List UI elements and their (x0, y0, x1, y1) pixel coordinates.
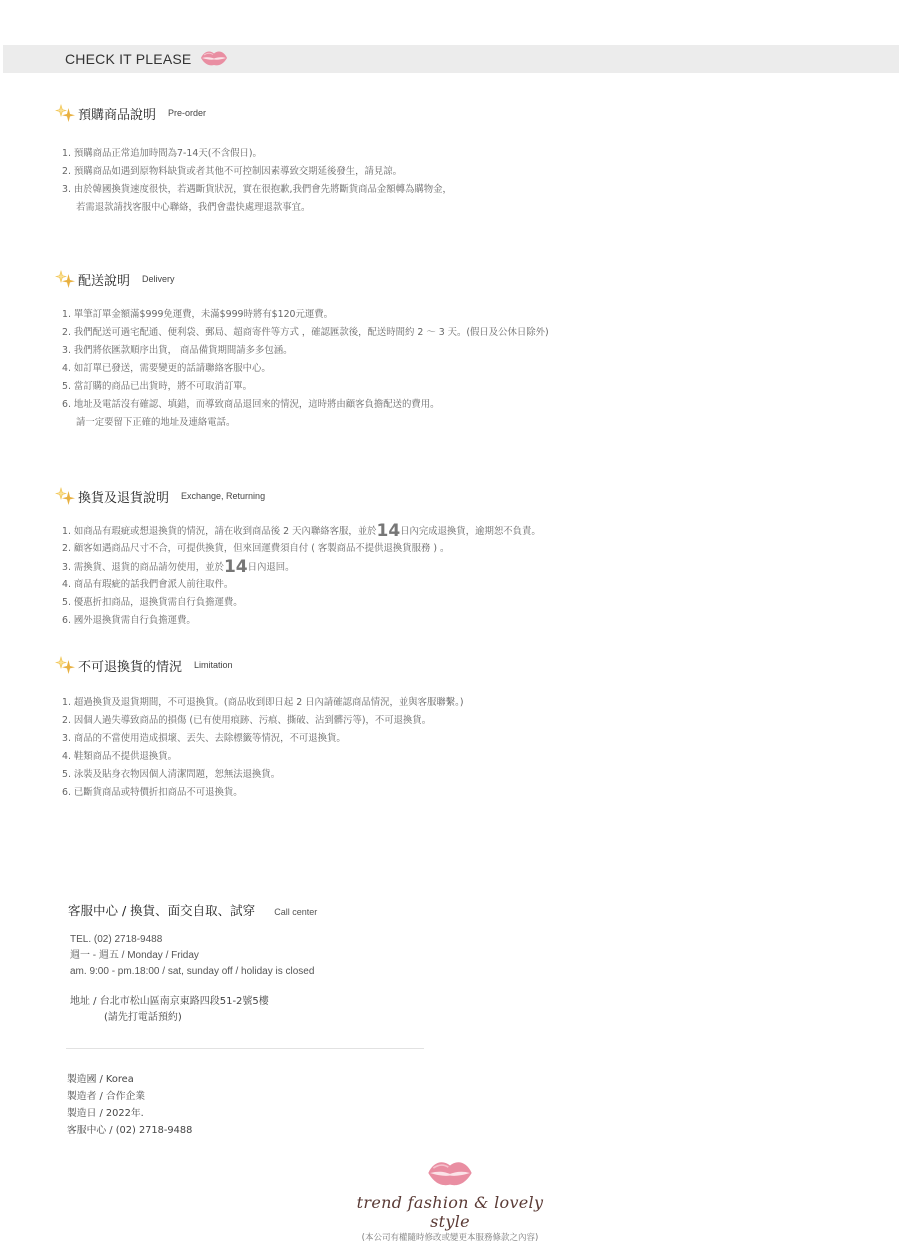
pre-order-list: 1. 預購商品正常追加時間為7-14天(不含假日)。 2. 預購商品如遇到原物料… (62, 145, 452, 217)
section-subtitle: Limitation (194, 660, 233, 670)
call-center-title: 客服中心 / 換貨、面交自取、試穿 (68, 903, 255, 918)
list-item: 6. 已斷貨商品或特價折扣商品不可退換貨。 (62, 784, 463, 802)
list-item: 3. 我們將依匯款順序出貨， 商品備貨期間請多多包涵。 (62, 342, 549, 360)
address-line: 地址 / 台北市松山區南京東路四段51-2號5樓 (70, 994, 317, 1010)
list-item-continuation: 若需退款請找客服中心聯絡，我們會盡快處理退款事宜。 (62, 199, 452, 217)
manufacturer: 製造者 / 合作企業 (67, 1088, 192, 1105)
list-item: 2. 顧客如遇商品尺寸不合，可提供換貨，但來回運費須自付 ( 客製商品不提供退換… (62, 540, 541, 558)
hours-line: am. 9:00 - pm.18:00 / sat, sunday off / … (70, 964, 317, 980)
list-item: 4. 如訂單已發送，需要變更的話請聯絡客服中心。 (62, 360, 549, 378)
list-item: 5. 泳裝及貼身衣物因個人清潔問題，恕無法退換貨。 (62, 766, 463, 784)
list-item: 2. 因個人過失導致商品的損傷 (已有使用痕跡、污痕、撕破、沾到髒污等)，不可退… (62, 712, 463, 730)
manufacture-info: 製造國 / Korea 製造者 / 合作企業 製造日 / 2022年. 客服中心… (67, 1071, 192, 1139)
check-it-please-banner: CHECK IT PLEASE (3, 45, 899, 73)
section-title: 換貨及退貨說明 (78, 487, 169, 506)
section-subtitle: Delivery (142, 274, 175, 284)
sparkle-icon (55, 656, 75, 674)
list-item: 3. 商品的不當使用造成損壞、丟失、去除標籤等情況，不可退換貨。 (62, 730, 463, 748)
section-title: 配送說明 (78, 270, 130, 289)
delivery-list: 1. 單筆訂單金額滿$999免運費，未滿$999時將有$120元運費。 2. 我… (62, 306, 549, 432)
section-limitation: 不可退換貨的情況 Limitation 1. 超過換貨及退貨期間，不可退換貨。(… (55, 655, 233, 675)
days-highlight: 14 (376, 521, 400, 541)
call-center-section: 客服中心 / 換貨、面交自取、試穿 Call center TEL. (02) … (68, 900, 317, 1026)
lips-icon (199, 47, 229, 69)
section-exchange-returning: 換貨及退貨說明 Exchange, Returning 1. 如商品有瑕疵或想退… (55, 486, 265, 506)
origin-country: 製造國 / Korea (67, 1071, 192, 1088)
list-item: 3. 由於韓國換貨速度很快，若遇斷貨狀況，實在很抱歉,我們會先將斷貨商品金額轉為… (62, 181, 452, 199)
weekday-line: 週一 - 週五 / Monday / Friday (70, 948, 317, 964)
manufacture-date: 製造日 / 2022年. (67, 1105, 192, 1122)
section-subtitle: Pre-order (168, 108, 206, 118)
sparkle-icon (55, 487, 75, 505)
limitation-list: 1. 超過換貨及退貨期間，不可退換貨。(商品收到即日起 2 日內請確認商品情況，… (62, 694, 463, 802)
list-item: 5. 當訂購的商品已出貨時，將不可取消訂單。 (62, 378, 549, 396)
section-delivery: 配送說明 Delivery 1. 單筆訂單金額滿$999免運費，未滿$999時將… (55, 269, 175, 289)
section-pre-order: 預購商品說明 Pre-order 1. 預購商品正常追加時間為7-14天(不含假… (55, 103, 206, 123)
call-center-subtitle: Call center (274, 907, 317, 917)
list-item: 1. 如商品有瑕疵或想退換貨的情況，請在收到商品後 2 天內聯絡客服，並於14日… (62, 522, 541, 540)
address-block: 地址 / 台北市松山區南京東路四段51-2號5樓 (請先打電話預約) (70, 994, 317, 1026)
exchange-list: 1. 如商品有瑕疵或想退換貨的情況，請在收到商品後 2 天內聯絡客服，並於14日… (62, 522, 541, 630)
section-title: 不可退換貨的情況 (78, 656, 182, 675)
footer: trend fashion & lovely style (本公司有權隨時修改或… (340, 1155, 560, 1242)
list-item: 2. 預購商品如遇到原物料缺貨或者其他不可控制因素導致交期延後發生，請見諒。 (62, 163, 452, 181)
section-subtitle: Exchange, Returning (181, 491, 265, 501)
list-item: 6. 國外退換貨需自行負擔運費。 (62, 612, 541, 630)
call-center-info: TEL. (02) 2718-9488 週一 - 週五 / Monday / F… (70, 932, 317, 980)
footer-note: (本公司有權隨時修改或變更本服務條款之內容) (340, 1231, 560, 1242)
list-item: 5. 優惠折扣商品，退換貨需自行負擔運費。 (62, 594, 541, 612)
divider (66, 1048, 424, 1049)
list-item: 3. 需換貨、退貨的商品請勿使用，並於14日內退回。 (62, 558, 541, 576)
section-title: 預購商品說明 (78, 104, 156, 123)
list-item: 1. 單筆訂單金額滿$999免運費，未滿$999時將有$120元運費。 (62, 306, 549, 324)
phone-line: TEL. (02) 2718-9488 (70, 932, 317, 948)
list-item: 4. 商品有瑕疵的話我們會派人前往取件。 (62, 576, 541, 594)
sparkle-icon (55, 104, 75, 122)
footer-slogan: trend fashion & lovely style (340, 1193, 560, 1231)
list-item: 4. 鞋類商品不提供退換貨。 (62, 748, 463, 766)
banner-title: CHECK IT PLEASE (65, 51, 191, 67)
days-highlight: 14 (224, 557, 248, 577)
list-item: 1. 預購商品正常追加時間為7-14天(不含假日)。 (62, 145, 452, 163)
lips-icon (425, 1155, 475, 1191)
list-item: 6. 地址及電話沒有確認、填錯，而導致商品退回來的情況，這時將由顧客負擔配送的費… (62, 396, 549, 414)
list-item: 1. 超過換貨及退貨期間，不可退換貨。(商品收到即日起 2 日內請確認商品情況，… (62, 694, 463, 712)
list-item: 2. 我們配送可過宅配通、便利袋、郵局、超商寄件等方式 ，確認匯款後，配送時間約… (62, 324, 549, 342)
sparkle-icon (55, 270, 75, 288)
service-phone: 客服中心 / (02) 2718-9488 (67, 1122, 192, 1139)
address-note: (請先打電話預約) (70, 1010, 317, 1026)
list-item-continuation: 請一定要留下正確的地址及連絡電話。 (62, 414, 549, 432)
